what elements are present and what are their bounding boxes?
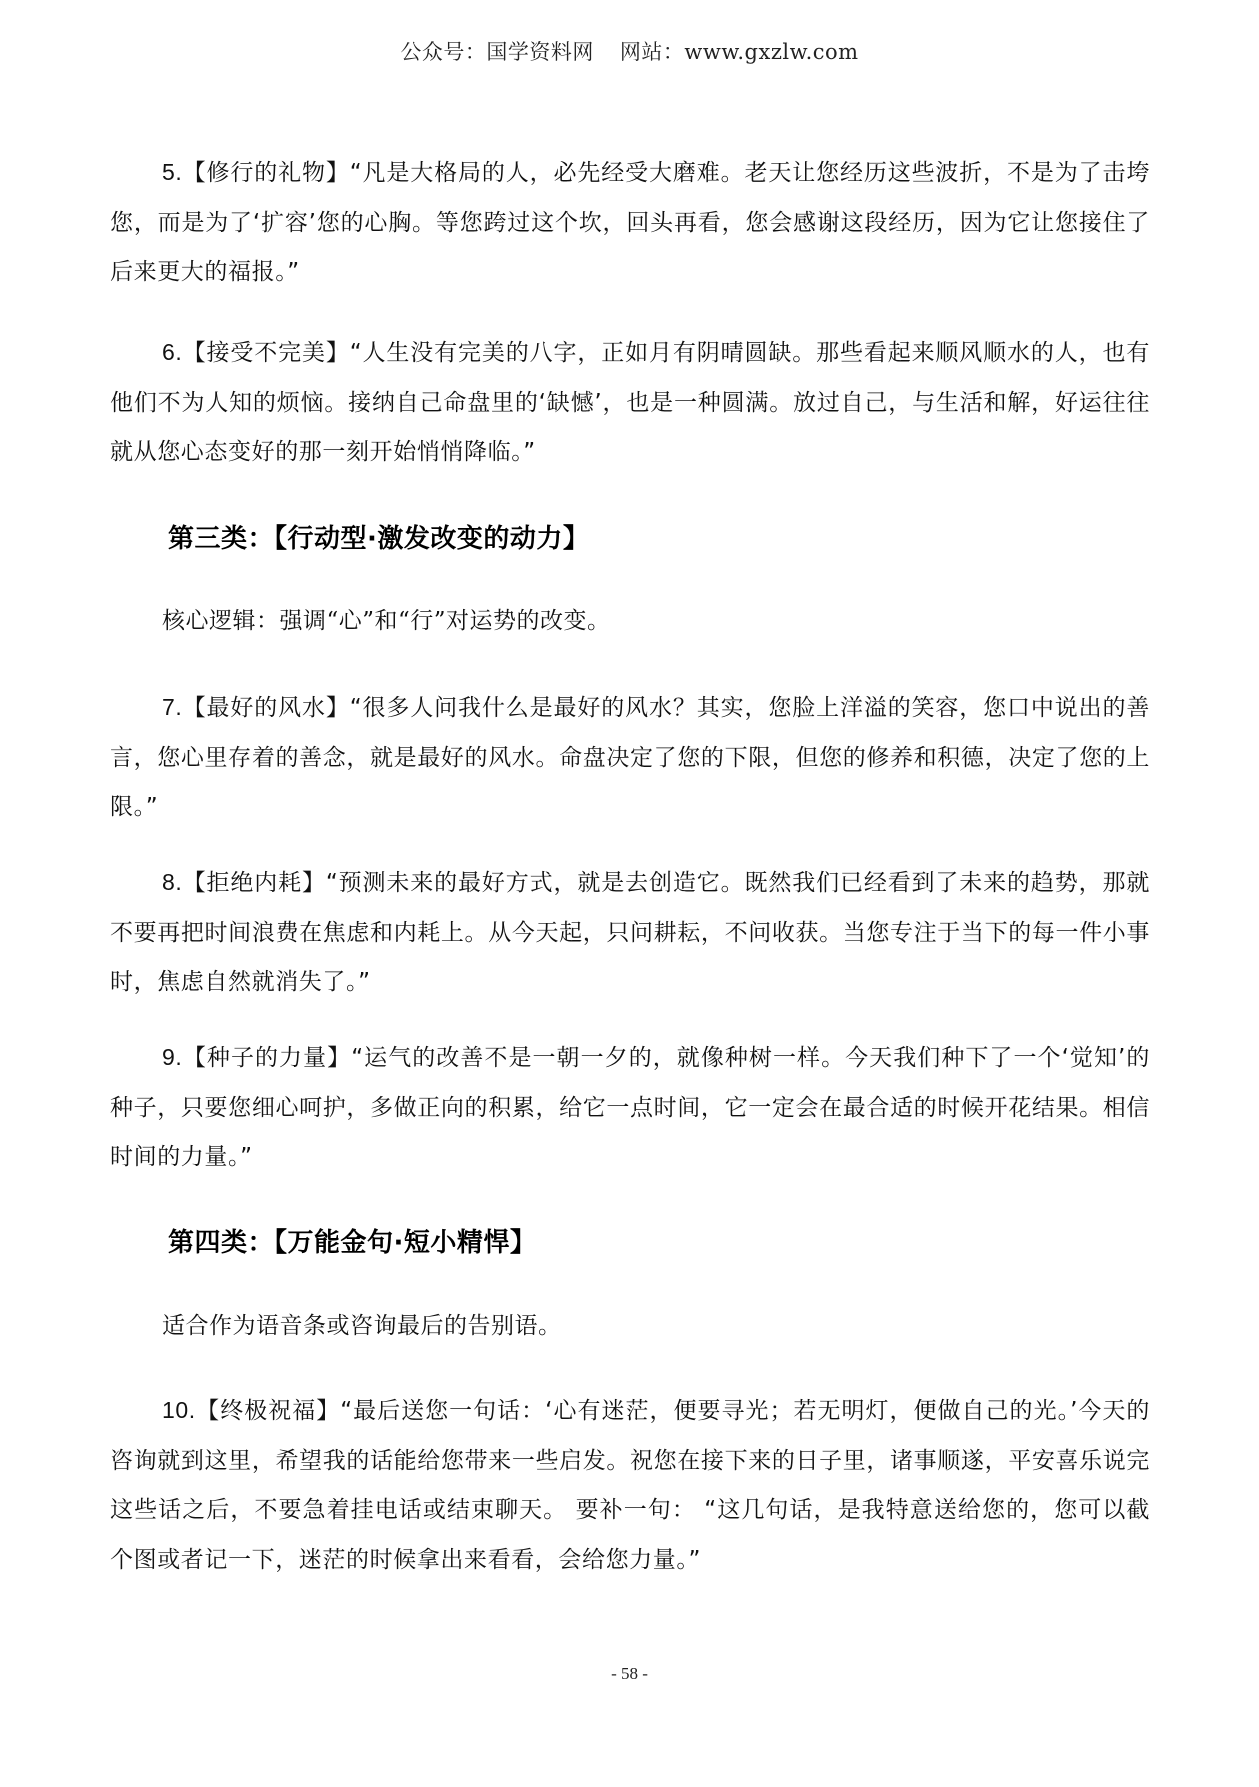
- item-number: 6.: [162, 339, 182, 365]
- item-7: 7.【最好的风水】“很多人问我什么是最好的风水？其实，您脸上洋溢的笑容，您口中说…: [110, 683, 1150, 833]
- item-title: 【最好的风水】: [182, 695, 349, 721]
- section-note-4: 适合作为语音条或咨询最后的告别语。: [162, 1307, 562, 1340]
- item-8: 8.【拒绝内耗】“预测未来的最好方式，就是去创造它。既然我们已经看到了未来的趋势…: [110, 858, 1150, 1008]
- item-number: 7.: [162, 694, 182, 720]
- item-title: 【修行的礼物】: [182, 160, 349, 186]
- page-header: 公众号：国学资料网网站：www.gxzlw.com: [0, 36, 1259, 66]
- item-title: 【种子的力量】: [182, 1045, 351, 1071]
- item-number: 5.: [162, 159, 182, 185]
- item-text: “最后送您一句话：‘心有迷茫，便要寻光；若无明灯，便做自己的光。’今天的咨询就到…: [110, 1398, 1150, 1573]
- header-account-label: 公众号：国学资料网: [400, 40, 594, 64]
- item-6: 6.【接受不完美】“人生没有完美的八字，正如月有阴晴圆缺。那些看起来顺风顺水的人…: [110, 328, 1150, 478]
- header-website-label: 网站：www.gxzlw.com: [620, 40, 859, 64]
- item-number: 9.: [162, 1044, 182, 1070]
- item-9: 9.【种子的力量】“运气的改善不是一朝一夕的，就像种树一样。今天我们种下了一个‘…: [110, 1033, 1150, 1183]
- page-number: - 58 -: [0, 1664, 1259, 1684]
- item-10: 10.【终极祝福】“最后送您一句话：‘心有迷茫，便要寻光；若无明灯，便做自己的光…: [110, 1386, 1150, 1585]
- item-number: 8.: [162, 869, 182, 895]
- section-title-4: 第四类：【万能金句·短小精悍】: [168, 1222, 536, 1259]
- item-title: 【接受不完美】: [182, 340, 349, 366]
- item-title: 【终极祝福】: [196, 1398, 340, 1424]
- item-title: 【拒绝内耗】: [182, 870, 326, 896]
- section-note-3: 核心逻辑：强调“心”和“行”对运势的改变。: [162, 602, 611, 635]
- section-title-3: 第三类：【行动型·激发改变的动力】: [168, 518, 589, 555]
- item-number: 10.: [162, 1397, 196, 1423]
- item-5: 5.【修行的礼物】“凡是大格局的人，必先经受大磨难。老天让您经历这些波折，不是为…: [110, 148, 1150, 298]
